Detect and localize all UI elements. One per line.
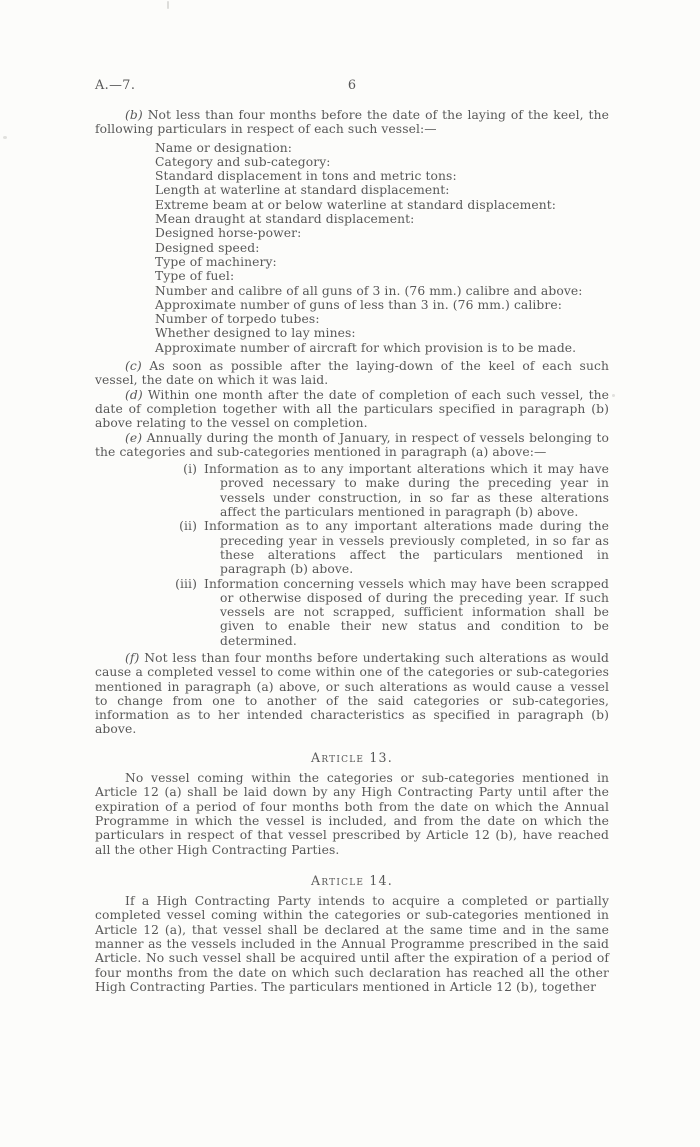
paragraph-c: (c) As soon as possible after the laying…: [95, 359, 609, 388]
paragraph-c-marker: (c): [125, 359, 142, 373]
particular-item: Name or designation:: [155, 141, 609, 155]
article-13-heading: Article 13.: [95, 751, 609, 765]
particular-item: Mean draught at standard displacement:: [155, 212, 609, 226]
subitems-list: (i) Information as to any important alte…: [95, 462, 609, 648]
paragraph-e: (e) Annually during the month of January…: [95, 431, 609, 460]
particular-item: Number of torpedo tubes:: [155, 312, 609, 326]
paragraph-f-marker: (f): [125, 651, 139, 665]
particular-item: Standard displacement in tons and metric…: [155, 169, 609, 183]
paragraph-e-text: Annually during the month of January, in…: [95, 431, 609, 459]
subitem-ii-text: Information as to any important alterati…: [204, 519, 609, 576]
scan-artifact-right: [612, 394, 615, 397]
subitem-iii-text: Information concerning vessels which may…: [204, 577, 609, 648]
subitem-i-text: Information as to any important alterati…: [204, 462, 609, 519]
paragraph-f-text: Not less than four months before underta…: [95, 651, 609, 736]
particular-item: Category and sub-category:: [155, 155, 609, 169]
scanned-page: A.—7. 6 (b) Not less than four months be…: [0, 0, 700, 1147]
scan-artifact-top: [167, 1, 169, 9]
subitem-ii: (ii) Information as to any important alt…: [157, 519, 609, 576]
paragraph-b: (b) Not less than four months before the…: [95, 108, 609, 137]
particular-item: Length at waterline at standard displace…: [155, 183, 609, 197]
paragraph-d-marker: (d): [125, 388, 143, 402]
paragraph-d-text: Within one month after the date of compl…: [95, 388, 609, 431]
paragraph-d: (d) Within one month after the date of c…: [95, 388, 609, 431]
page-header: A.—7. 6: [95, 79, 609, 94]
article-14-heading: Article 14.: [95, 874, 609, 888]
particular-item: Designed horse-power:: [155, 226, 609, 240]
particular-item: Designed speed:: [155, 241, 609, 255]
particular-item: Extreme beam at or below waterline at st…: [155, 198, 609, 212]
page-content: A.—7. 6 (b) Not less than four months be…: [95, 79, 609, 994]
particulars-list: Name or designation: Category and sub-ca…: [155, 141, 609, 355]
page-number: 6: [95, 79, 609, 93]
scan-artifact-left: [3, 136, 7, 139]
particular-item: Approximate number of aircraft for which…: [155, 341, 609, 355]
subitem-i: (i) Information as to any important alte…: [157, 462, 609, 519]
article-14-body: If a High Contracting Party intends to a…: [95, 894, 609, 994]
paragraph-b-text: Not less than four months before the dat…: [95, 108, 609, 136]
subitem-iii: (iii) Information concerning vessels whi…: [157, 577, 609, 648]
paragraph-e-marker: (e): [125, 431, 142, 445]
paragraph-c-text: As soon as possible after the laying-dow…: [95, 359, 609, 387]
subitem-ii-marker: (ii): [157, 519, 204, 576]
particular-item: Whether designed to lay mines:: [155, 326, 609, 340]
particular-item: Approximate number of guns of less than …: [155, 298, 609, 312]
paragraph-b-marker: (b): [125, 108, 143, 122]
subitem-iii-marker: (iii): [157, 577, 204, 648]
subitem-i-marker: (i): [157, 462, 204, 519]
particular-item: Number and calibre of all guns of 3 in. …: [155, 284, 609, 298]
particular-item: Type of fuel:: [155, 269, 609, 283]
paragraph-f: (f) Not less than four months before und…: [95, 651, 609, 737]
article-13-body: No vessel coming within the categories o…: [95, 771, 609, 857]
particular-item: Type of machinery:: [155, 255, 609, 269]
